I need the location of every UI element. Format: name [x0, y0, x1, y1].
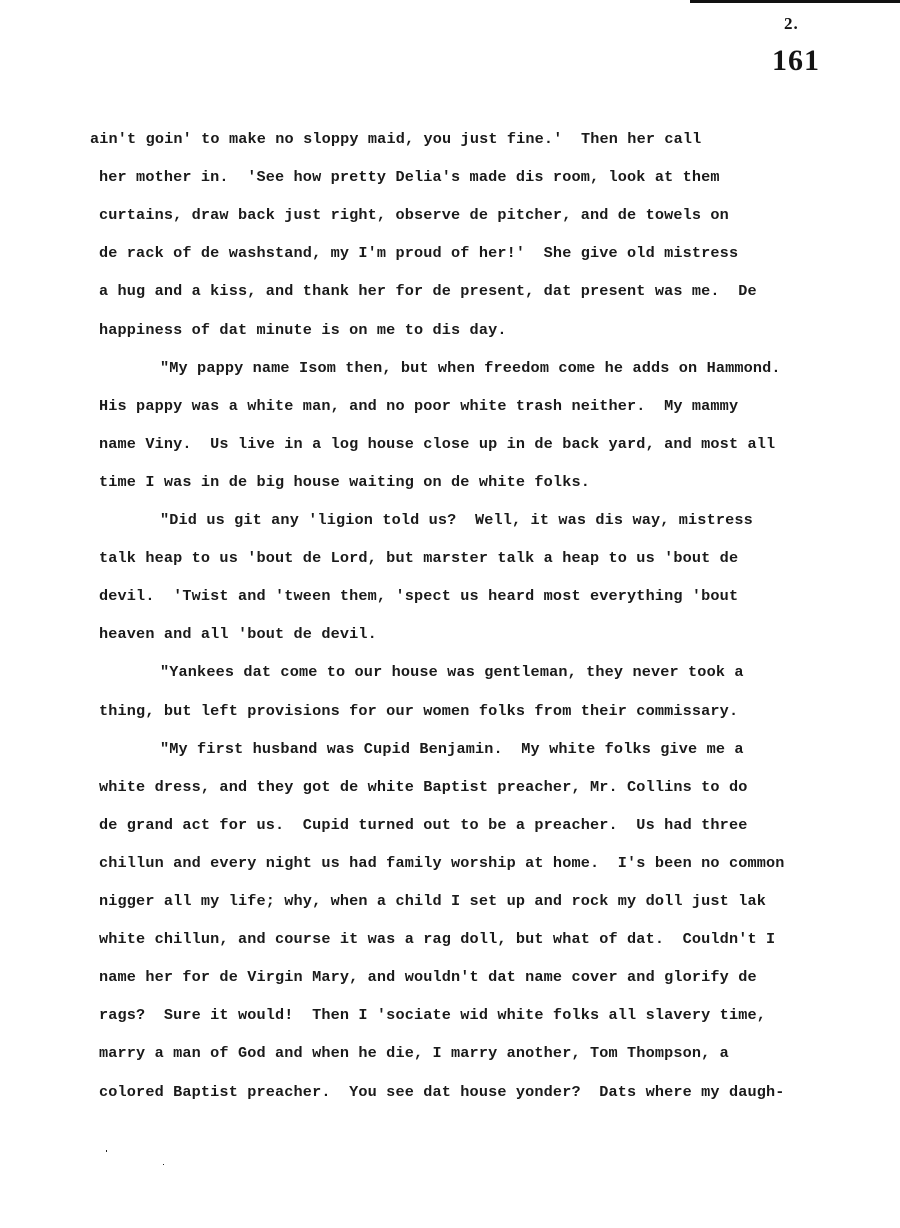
text-line: colored Baptist preacher. You see dat ho… — [99, 1083, 785, 1101]
text-line: white dress, and they got de white Bapti… — [99, 778, 747, 796]
text-line: devil. 'Twist and 'tween them, 'spect us… — [99, 587, 738, 605]
text-line: ain't goin' to make no sloppy maid, you … — [90, 130, 701, 148]
scan-speck — [163, 1164, 164, 1165]
page-number-small: 2. — [784, 14, 799, 34]
text-line: time I was in de big house waiting on de… — [99, 473, 590, 491]
text-line: curtains, draw back just right, observe … — [99, 206, 729, 224]
text-line: marry a man of God and when he die, I ma… — [99, 1044, 729, 1062]
text-line: His pappy was a white man, and no poor w… — [99, 397, 738, 415]
text-line: de rack of de washstand, my I'm proud of… — [99, 244, 738, 262]
top-border-rule — [690, 0, 900, 3]
text-line: "My pappy name Isom then, but when freed… — [160, 359, 781, 377]
page-number-large: 161 — [772, 44, 820, 78]
text-line: rags? Sure it would! Then I 'sociate wid… — [99, 1006, 766, 1024]
text-line: "My first husband was Cupid Benjamin. My… — [160, 740, 744, 758]
text-line: thing, but left provisions for our women… — [99, 702, 738, 720]
text-line: heaven and all 'bout de devil. — [99, 625, 377, 643]
text-line: de grand act for us. Cupid turned out to… — [99, 816, 747, 834]
text-line: white chillun, and course it was a rag d… — [99, 930, 775, 948]
text-line: a hug and a kiss, and thank her for de p… — [99, 282, 757, 300]
text-line: name Viny. Us live in a log house close … — [99, 435, 775, 453]
text-line: "Did us git any 'ligion told us? Well, i… — [160, 511, 753, 529]
text-line: "Yankees dat come to our house was gentl… — [160, 663, 744, 681]
text-line: her mother in. 'See how pretty Delia's m… — [99, 168, 720, 186]
text-line: happiness of dat minute is on me to dis … — [99, 321, 507, 339]
scan-speck — [106, 1150, 107, 1152]
text-line: name her for de Virgin Mary, and wouldn'… — [99, 968, 757, 986]
text-line: talk heap to us 'bout de Lord, but marst… — [99, 549, 738, 567]
text-line: nigger all my life; why, when a child I … — [99, 892, 766, 910]
text-line: chillun and every night us had family wo… — [99, 854, 785, 872]
